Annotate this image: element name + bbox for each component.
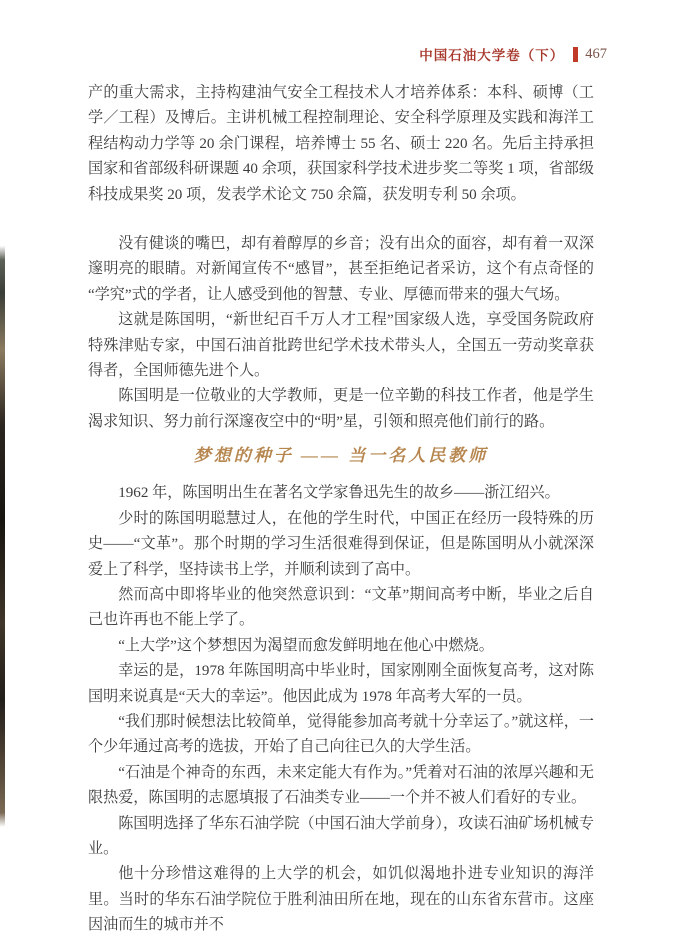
paragraph: “我们那时候想法比较简单，觉得能参加高考就十分幸运了。”就这样，一个少年通过高考… xyxy=(88,710,594,761)
paragraph: 1962 年，陈国明出生在著名文学家鲁迅先生的故乡——浙江绍兴。 xyxy=(88,481,594,506)
paragraph: “石油是个神奇的东西，未来定能大有作为。”凭着对石油的浓厚兴趣和无限热爱，陈国明… xyxy=(88,761,594,812)
paragraph-continuation: 产的重大需求，主持构建油气安全工程技术人才培养体系：本科、硕博（工学／工程）及博… xyxy=(88,81,594,208)
paragraph: 陈国明是一位敬业的大学教师，更是一位辛勤的科技工作者，他是学生渴求知识、努力前行… xyxy=(88,384,594,435)
paragraph: 少时的陈国明聪慧过人，在他的学生时代，中国正在经历一段特殊的历史——“文革”。那… xyxy=(88,507,594,583)
scan-edge-artifact xyxy=(0,0,5,945)
page-header: 中国石油大学卷（下） 467 xyxy=(419,44,607,64)
paragraph: 他十分珍惜这难得的上大学的机会，如饥似渴地扑进专业知识的海洋里。当时的华东石油学… xyxy=(88,862,594,938)
header-divider-bar xyxy=(573,47,578,62)
paragraph: 然而高中即将毕业的他突然意识到：“文革”期间高考中断，毕业之后自己也许再也不能上… xyxy=(88,583,594,634)
paragraph: 陈国明选择了华东石油学院（中国石油大学前身），攻读石油矿场机械专业。 xyxy=(88,812,594,863)
section-heading: 梦想的种子 —— 当一名人民教师 xyxy=(88,444,594,468)
book-page: 中国石油大学卷（下） 467 产的重大需求，主持构建油气安全工程技术人才培养体系… xyxy=(0,0,680,945)
paragraph: 这就是陈国明，“新世纪百千万人才工程”国家级人选，享受国务院政府特殊津贴专家，中… xyxy=(88,308,594,384)
running-title: 中国石油大学卷（下） xyxy=(419,44,564,64)
paragraph: 幸运的是，1978 年陈国明高中毕业时，国家刚刚全面恢复高考，这对陈国明来说真是… xyxy=(88,659,594,710)
page-number: 467 xyxy=(585,46,607,63)
paragraph: “上大学”这个梦想因为渴望而愈发鲜明地在他心中燃烧。 xyxy=(88,634,594,659)
paragraph: 没有健谈的嘴巴，却有着醇厚的乡音；没有出众的面容，却有着一双深邃明亮的眼睛。对新… xyxy=(88,232,594,308)
body-text: 产的重大需求，主持构建油气安全工程技术人才培养体系：本科、硕博（工学／工程）及博… xyxy=(88,81,594,939)
